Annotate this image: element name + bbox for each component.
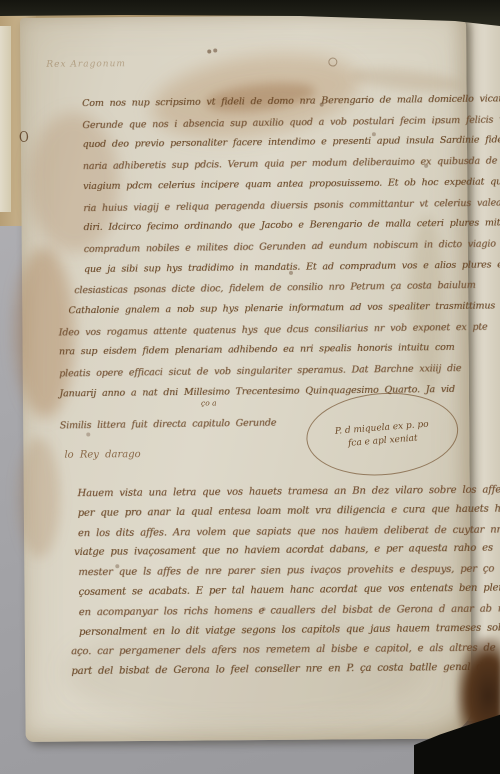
manuscript-page: Rex Aragonum O Com nos nup scripsimo vt … (20, 14, 472, 741)
ink-specks (20, 18, 22, 20)
catalan-letter-block: Hauem vista una letra que vos hauets tra… (57, 480, 473, 682)
manuscript-photo: Rex Aragonum O Com nos nup scripsimo vt … (0, 0, 500, 774)
manuscript-line: en los dits affes. Ara volem que sapiats… (78, 520, 472, 543)
faint-header-note: Rex Aragonum (46, 59, 126, 70)
chancery-note-line: fca e apl xeniat (348, 433, 418, 448)
manuscript-line: part del bisbat de Gerona lo feel consel… (71, 658, 473, 682)
page-stack-left-edge-light (0, 26, 11, 212)
catalan-letter-heading: lo Rey darago (64, 449, 140, 461)
interlinear-note: ço a (201, 398, 217, 407)
margin-mark-o: O (19, 129, 29, 146)
manuscript-line: mester que ls affes de nre parer sien pu… (78, 560, 472, 583)
latin-letter-block: Com nos nup scripsimo vt fideli de domo … (56, 90, 472, 436)
ink-ring-mark (328, 58, 337, 67)
manuscript-line: aço. car pergamener dels afers nos remet… (71, 639, 473, 662)
manuscript-line: en acompanyar los richs homens e caualle… (79, 599, 473, 622)
manuscript-line: Hauem vista una letra que vos hauets tra… (77, 481, 471, 504)
stain-left-lower (17, 438, 60, 558)
